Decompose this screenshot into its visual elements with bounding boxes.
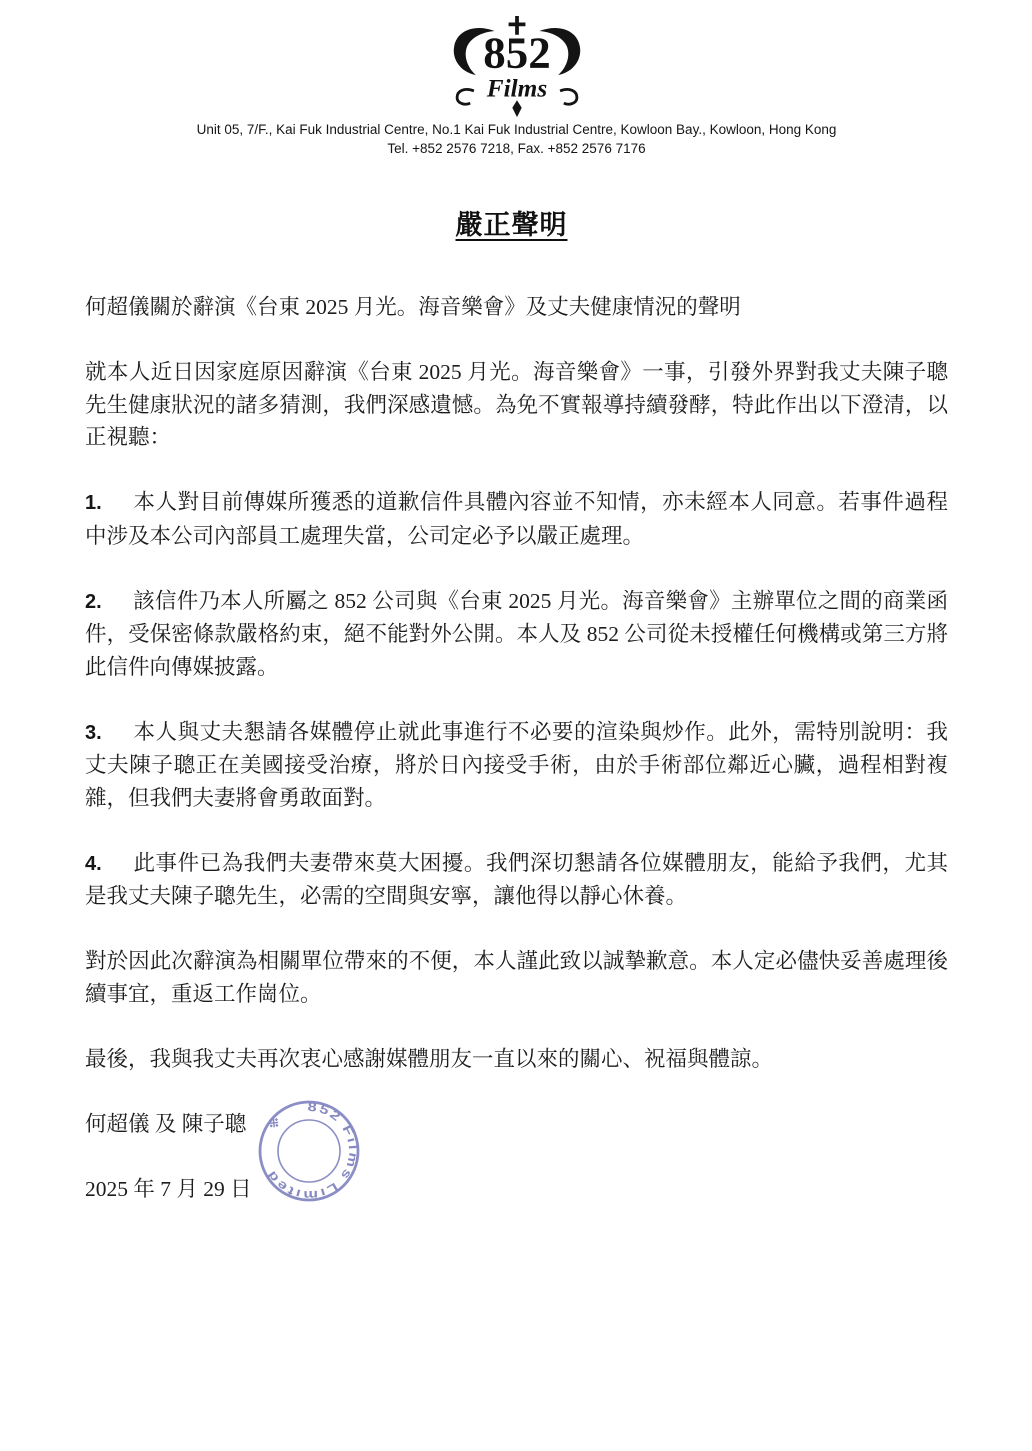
statement-subject-line: 何超儀關於辭演《台東 2025 月光。海音樂會》及丈夫健康情況的聲明 <box>85 291 948 324</box>
statement-title-text: 嚴正聲明 <box>456 210 568 240</box>
point-2-number: 2. <box>85 586 133 619</box>
point-4-text: 此事件已為我們夫妻帶來莫大困擾。我們深切懇請各位媒體朋友，能給予我們，尤其是我丈… <box>85 851 948 909</box>
seal-reference-mark: ※ <box>265 1113 284 1132</box>
statement-title: 嚴正聲明 <box>85 203 938 242</box>
logo-bottom-finial-icon <box>512 100 521 117</box>
point-3-text: 本人與丈夫懇請各媒體停止就此事進行不必要的渲染與炒作。此外，需特別說明：我丈夫陳… <box>85 720 948 810</box>
letterhead: 852 Films Unit 05, 7/F., Kai Fuk Industr… <box>85 16 948 157</box>
logo-left-curl-icon <box>457 89 474 104</box>
company-logo-852-films-icon: 852 Films <box>442 16 592 119</box>
point-2-text: 該信件乃本人所屬之 852 公司與《台東 2025 月光。海音樂會》主辦單位之間… <box>85 589 948 679</box>
company-phone-fax: Tel. +852 2576 7218, Fax. +852 2576 7176 <box>85 140 948 157</box>
logo-852-text: 852 <box>483 28 550 78</box>
statement-point-2: 2.該信件乃本人所屬之 852 公司與《台東 2025 月光。海音樂會》主辦單位… <box>85 585 948 684</box>
company-seal-stamp: ※ 852 Films Limited <box>256 1098 362 1204</box>
statement-apology-paragraph: 對於因此次辭演為相關單位帶來的不便，本人謹此致以誠摯歉意。本人定必儘快妥善處理後… <box>85 945 948 1010</box>
seal-inner-ring <box>278 1120 340 1182</box>
logo-right-curl-icon <box>560 89 577 104</box>
statement-document-page: 852 Films Unit 05, 7/F., Kai Fuk Industr… <box>0 0 1032 1451</box>
statement-thanks-paragraph: 最後，我與我丈夫再次衷心感謝媒體朋友一直以來的關心、祝福與體諒。 <box>85 1043 948 1076</box>
statement-point-3: 3.本人與丈夫懇請各媒體停止就此事進行不必要的渲染與炒作。此外，需特別說明：我丈… <box>85 716 948 815</box>
statement-point-4: 4.此事件已為我們夫妻帶來莫大困擾。我們深切懇請各位媒體朋友，能給予我們，尤其是… <box>85 847 948 913</box>
point-1-number: 1. <box>85 487 133 520</box>
logo-films-text: Films <box>485 75 547 103</box>
point-3-number: 3. <box>85 717 133 750</box>
signature-line: 何超儀 及 陳子聰 <box>85 1108 948 1141</box>
company-logo-852-films: 852 Films <box>85 16 948 119</box>
point-1-text: 本人對目前傳媒所獲悉的道歉信件具體內容並不知情，亦未經本人同意。若事件過程中涉及… <box>85 490 948 548</box>
svg-text:※: ※ <box>265 1113 284 1132</box>
date-line: 2025 年 7 月 29 日 <box>85 1173 948 1206</box>
statement-intro-paragraph: 就本人近日因家庭原因辭演《台東 2025 月光。海音樂會》一事，引發外界對我丈夫… <box>85 356 948 454</box>
company-seal-icon: ※ 852 Films Limited <box>256 1098 362 1204</box>
point-4-number: 4. <box>85 848 133 881</box>
statement-point-1: 1.本人對目前傳媒所獲悉的道歉信件具體內容並不知情，亦未經本人同意。若事件過程中… <box>85 486 948 552</box>
company-address: Unit 05, 7/F., Kai Fuk Industrial Centre… <box>85 121 948 138</box>
